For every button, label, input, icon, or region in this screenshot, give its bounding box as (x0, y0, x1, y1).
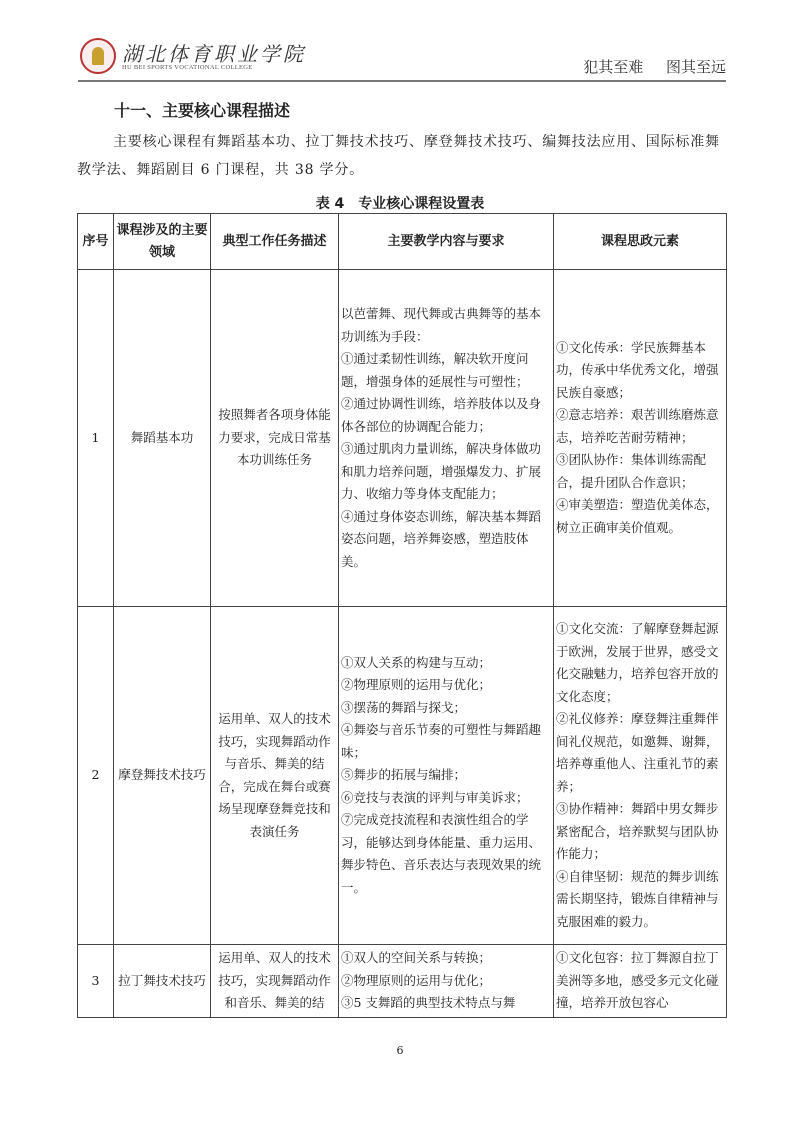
cell-content: ①双人的空间关系与转换； ②物理原则的运用与优化； ③5 支舞蹈的典型技术特点与… (339, 945, 554, 1018)
header-domain: 课程涉及的主要领域 (114, 214, 211, 270)
cell-task: 运用单、双人的技术技巧，实现舞蹈动作与音乐、舞美的结合，完成在舞台或赛场呈现摩登… (211, 607, 339, 945)
cell-no: 3 (78, 945, 114, 1018)
college-name-en: HU BEI SPORTS VOCATIONAL COLLEGE (122, 64, 253, 71)
page-header: 湖北体育职业学院 HU BEI SPORTS VOCATIONAL COLLEG… (78, 36, 726, 82)
cell-no: 1 (78, 270, 114, 607)
table-row: 2 摩登舞技术技巧 运用单、双人的技术技巧，实现舞蹈动作与音乐、舞美的结合，完成… (78, 607, 727, 945)
table-row: 1 舞蹈基本功 按照舞者各项身体能力要求，完成日常基本功训练任务 以芭蕾舞、现代… (78, 270, 727, 607)
cell-domain: 舞蹈基本功 (114, 270, 211, 607)
college-name-cn: 湖北体育职业学院 (122, 38, 306, 67)
college-logo-icon (80, 38, 116, 74)
table-caption: 表 4 专业核心课程设置表 (0, 193, 800, 213)
header-ideology: 课程思政元素 (554, 214, 727, 270)
header-task: 典型工作任务描述 (211, 214, 339, 270)
cell-content: ①双人关系的构建与互动； ②物理原则的运用与优化； ③摆荡的舞蹈与探戈； ④舞姿… (339, 607, 554, 945)
table-header-row: 序号 课程涉及的主要领域 典型工作任务描述 主要教学内容与要求 课程思政元素 (78, 214, 727, 270)
cell-task: 按照舞者各项身体能力要求，完成日常基本功训练任务 (211, 270, 339, 607)
cell-ideology: ①文化交流：了解摩登舞起源于欧洲，发展于世界，感受文化交融魅力，培养包容开放的文… (554, 607, 727, 945)
core-course-table: 序号 课程涉及的主要领域 典型工作任务描述 主要教学内容与要求 课程思政元素 1… (77, 213, 727, 1018)
header-content: 主要教学内容与要求 (339, 214, 554, 270)
page-number: 6 (0, 1044, 800, 1057)
cell-ideology: ①文化包容：拉丁舞源自拉丁美洲等多地，感受多元文化碰撞，培养开放包容心 (554, 945, 727, 1018)
cell-task: 运用单、双人的技术技巧，实现舞蹈动作和音乐、舞美的结 (211, 945, 339, 1018)
table-row: 3 拉丁舞技术技巧 运用单、双人的技术技巧，实现舞蹈动作和音乐、舞美的结 ①双人… (78, 945, 727, 1018)
cell-content: 以芭蕾舞、现代舞或古典舞等的基本功训练为手段： ①通过柔韧性训练，解决软开度问题… (339, 270, 554, 607)
section-title: 十一、主要核心课程描述 (114, 98, 290, 121)
college-motto: 犯其至难 图其至远 (583, 56, 726, 77)
section-paragraph: 主要核心课程有舞蹈基本功、拉丁舞技术技巧、摩登舞技术技巧、编舞技法应用、国际标准… (77, 128, 727, 184)
cell-no: 2 (78, 607, 114, 945)
cell-domain: 拉丁舞技术技巧 (114, 945, 211, 1018)
cell-ideology: ①文化传承：学民族舞基本功，传承中华优秀文化，增强民族自豪感； ②意志培养：艰苦… (554, 270, 727, 607)
cell-domain: 摩登舞技术技巧 (114, 607, 211, 945)
header-no: 序号 (78, 214, 114, 270)
